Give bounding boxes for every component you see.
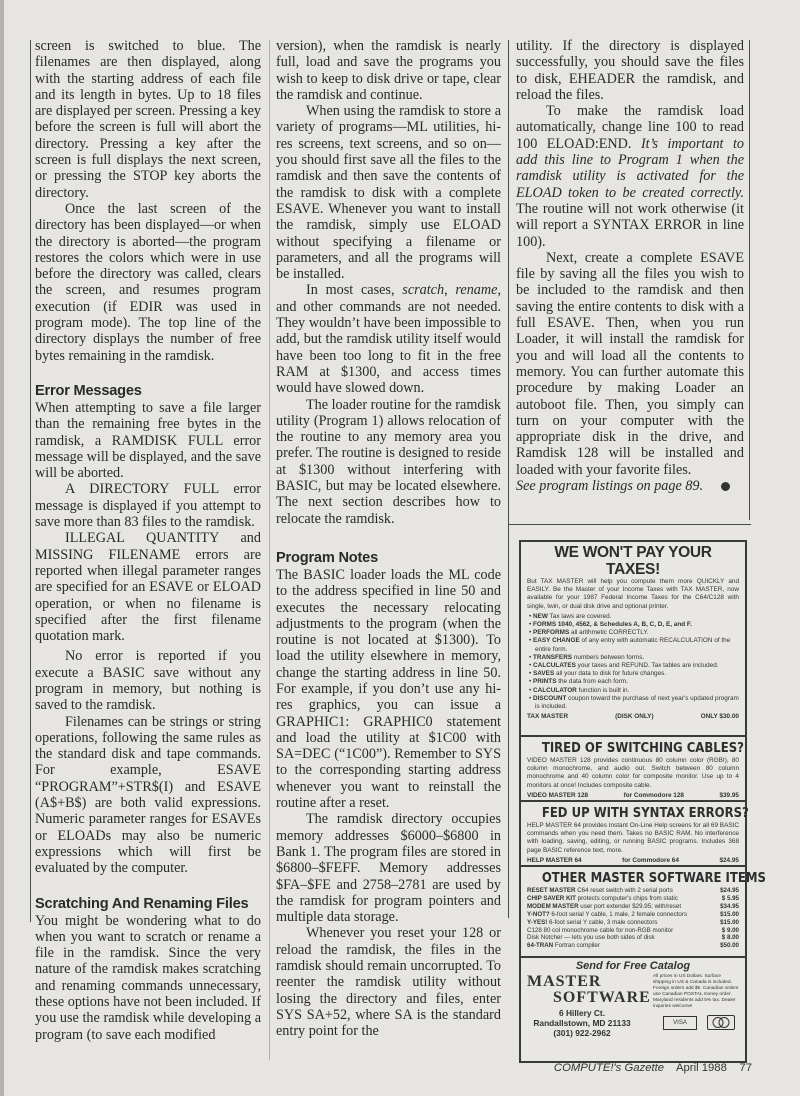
feature-text: the data from each form. [556, 678, 627, 685]
feature-bold: CALCULATES [533, 662, 576, 669]
ad-headline: OTHER MASTER SOFTWARE ITEMS [542, 869, 724, 887]
paragraph: In most cases, scratch, rename, and othe… [276, 282, 501, 396]
feature-item: CALCULATES your taxes and REFUND. Tax ta… [527, 662, 739, 670]
paragraph: When using the ramdisk to store a variet… [276, 103, 501, 282]
product-price: $39.95 [719, 792, 739, 799]
product-name: HELP MASTER 64 [527, 857, 582, 864]
item-row: RESET MASTER C64 reset switch with 2 ser… [527, 887, 739, 895]
item-name: RESET MASTER [527, 887, 575, 894]
feature-item: TRANSFERS numbers between forms. [527, 654, 739, 662]
item-desc: Disk Notcher — lets you use both sides o… [527, 934, 655, 941]
feature-bold: PRINTS [533, 678, 556, 685]
fine-print: All prices in US Dollars. Surface shippi… [653, 974, 739, 1010]
item-row: MODEM MASTER user port extender $29.95; … [527, 903, 739, 911]
item-price: $50.00 [720, 942, 739, 950]
ad-headline: TIRED OF SWITCHING CABLES? [542, 739, 724, 757]
program-listing-reference: See program listings on page 89. [516, 478, 744, 494]
feature-item: DISCOUNT coupon toward the purchase of n… [527, 695, 739, 711]
feature-bold: NEW [533, 613, 548, 620]
ad-section-video-master: TIRED OF SWITCHING CABLES? VIDEO MASTER … [521, 737, 745, 802]
ad-headline: WE WON'T PAY YOUR TAXES! [527, 544, 739, 578]
catalog-headline: Send for Free Catalog [527, 960, 739, 972]
item-row: 64-TRAN Fortran compiler$50.00 [527, 942, 739, 950]
ad-headline: FED UP WITH SYNTAX ERRORS? [542, 804, 724, 822]
feature-item: NEW Tax laws are covered. [527, 613, 739, 621]
feature-text: numbers between forms. [572, 654, 644, 661]
product-price: ONLY $30.00 [701, 713, 739, 720]
paragraph: Once the last screen of the directory ha… [35, 201, 261, 364]
master-software-logo: MASTER SOFTWARE [527, 974, 647, 1006]
text: In most cases, [306, 282, 402, 298]
column-rule-2-3 [508, 40, 509, 918]
feature-text: all arithmetic CORRECTLY. [569, 629, 648, 636]
column-rule-1-2 [269, 40, 270, 1060]
feature-item: EASY CHANGE of any entry with automatic … [527, 637, 739, 653]
feature-list: NEW Tax laws are covered. FORMS 1040, 45… [527, 613, 739, 711]
feature-bold: TRANSFERS [533, 654, 572, 661]
paragraph: You might be wondering what to do when y… [35, 913, 261, 1043]
feature-text: Tax laws are covered. [548, 613, 611, 620]
paragraph: The BASIC loader loads the ML code to th… [276, 567, 501, 811]
item-name: Y-NOT? [527, 911, 550, 918]
logo-line-1: MASTER [527, 974, 647, 990]
item-row: Y-YES! 6-foot serial Y cable, 3 male con… [527, 919, 739, 927]
item-row: Disk Notcher — lets you use both sides o… [527, 934, 739, 942]
feature-bold: SAVES [533, 670, 554, 677]
product-note: (DISK ONLY) [615, 713, 653, 720]
magazine-name: COMPUTE!'s Gazette [554, 1062, 664, 1074]
paragraph: version), when the ramdisk is nearly ful… [276, 38, 501, 103]
section-heading-program-notes: Program Notes [276, 549, 501, 567]
feature-item: SAVES all your data to disk for future c… [527, 670, 739, 678]
section-heading-error-messages: Error Messages [35, 382, 261, 400]
paragraph: utility. If the directory is displayed s… [516, 38, 744, 103]
page-spine-shadow [0, 0, 4, 1096]
italic-text: rename [455, 282, 497, 298]
ad-section-catalog: Send for Free Catalog MASTER SOFTWARE 6 … [521, 958, 745, 1045]
address-phone: (301) 922-2962 [521, 1028, 643, 1038]
item-price: $15.00 [720, 919, 739, 927]
feature-item: FORMS 1040, 4562, & Schedules A, B, C, D… [527, 621, 739, 629]
end-of-article-bullet-icon [721, 482, 730, 491]
item-desc: protects computer's chips from static [576, 895, 678, 902]
feature-text: your taxes and REFUND. Tax tables are in… [576, 662, 719, 669]
item-desc: 6-foot serial Y cable, 1 male, 2 female … [550, 911, 687, 918]
paragraph: A DIRECTORY FULL error message is displa… [35, 481, 261, 530]
price-line: HELP MASTER 64 for Commodore 64 $24.95 [527, 857, 739, 864]
item-price-list: RESET MASTER C64 reset switch with 2 ser… [527, 887, 739, 950]
feature-bold: FORMS 1040, 4562, & Schedules A, B, C, D… [533, 621, 692, 628]
company-address: 6 Hillery Ct. Randallstown, MD 21133 (30… [521, 1008, 643, 1038]
feature-item: PRINTS the data from each form. [527, 678, 739, 686]
item-price: $15.00 [720, 911, 739, 919]
product-name: TAX MASTER [527, 713, 568, 720]
item-price: $ 8.00 [722, 934, 739, 942]
address-city: Randallstown, MD 21133 [521, 1018, 643, 1028]
page-footer: COMPUTE!'s Gazette April 1988 77 [0, 1062, 752, 1074]
paragraph: To make the ramdisk load automatically, … [516, 103, 744, 250]
feature-text: function is built in. [577, 687, 630, 694]
item-name: CHIP SAVER KIT [527, 895, 576, 902]
spacer [35, 877, 261, 895]
paragraph: ILLEGAL QUANTITY and MISSING FILENAME er… [35, 530, 261, 644]
item-desc: C128 80 col monochrome cable for non-RGB… [527, 927, 673, 934]
text: , [444, 282, 455, 298]
text: , and other commands are not needed. The… [276, 282, 501, 396]
article-column-2: version), when the ramdisk is nearly ful… [276, 38, 501, 1040]
article-column-3: utility. If the directory is displayed s… [516, 38, 744, 494]
item-price: $ 9.00 [722, 927, 739, 935]
column-rule-left [30, 40, 31, 922]
item-price: $34.95 [720, 903, 739, 911]
paragraph: screen is switched to blue. The filename… [35, 38, 261, 201]
feature-text: all your data to disk for future changes… [554, 670, 666, 677]
item-desc: 6-foot serial Y cable, 3 male connectors [547, 919, 657, 926]
paragraph: Next, create a complete ESAVE file by sa… [516, 250, 744, 478]
visa-card-icon: VISA [663, 1016, 697, 1030]
ad-body-text: HELP MASTER 64 provides Instant On-Line … [527, 822, 739, 855]
issue-date: April 1988 [676, 1062, 727, 1074]
page-number: 77 [739, 1062, 752, 1074]
paragraph: The ramdisk directory occupies memory ad… [276, 811, 501, 925]
section-heading-scratching: Scratching And Renaming Files [35, 895, 261, 913]
item-row: CHIP SAVER KIT protects computer's chips… [527, 895, 739, 903]
item-row: C128 80 col monochrome cable for non-RGB… [527, 927, 739, 935]
spacer [276, 527, 501, 549]
product-name: VIDEO MASTER 128 [527, 792, 588, 799]
item-desc: C64 reset switch with 2 serial ports [575, 887, 672, 894]
address-street: 6 Hillery Ct. [521, 1008, 643, 1018]
column-rule-right [749, 40, 750, 520]
price-line: VIDEO MASTER 128 for Commodore 128 $39.9… [527, 792, 739, 799]
italic-text: scratch [402, 282, 444, 298]
item-price: $24.95 [720, 887, 739, 895]
feature-text: coupon toward the purchase of next year'… [535, 695, 739, 710]
item-name: 64-TRAN [527, 942, 553, 949]
text: See program listings on page 89. [516, 478, 703, 494]
ad-section-other-items: OTHER MASTER SOFTWARE ITEMS RESET MASTER… [521, 867, 745, 958]
item-price: $ 5.95 [722, 895, 739, 903]
price-line: TAX MASTER (DISK ONLY) ONLY $30.00 [527, 713, 739, 720]
magazine-page: screen is switched to blue. The filename… [0, 0, 800, 1096]
mastercard-circles-icon [708, 1016, 734, 1029]
paragraph: The loader routine for the ramdisk utili… [276, 397, 501, 527]
item-desc: user port extender $29.95; with/reset [579, 903, 682, 910]
paragraph: Whenever you reset your 128 or reload th… [276, 925, 501, 1039]
ad-section-help-master: FED UP WITH SYNTAX ERRORS? HELP MASTER 6… [521, 802, 745, 867]
paragraph: Filenames can be strings or string opera… [35, 714, 261, 877]
item-desc: Fortran compiler [553, 942, 600, 949]
article-column-1: screen is switched to blue. The filename… [35, 38, 261, 1038]
mastercard-icon [707, 1015, 735, 1030]
feature-item: CALCULATOR function is built in. [527, 687, 739, 695]
item-row: Y-NOT? 6-foot serial Y cable, 1 male, 2 … [527, 911, 739, 919]
feature-item: PERFORMS all arithmetic CORRECTLY. [527, 629, 739, 637]
paragraph: No error is reported if you execute a BA… [35, 648, 261, 713]
ad-body-text: But TAX MASTER will help you compute the… [527, 578, 739, 611]
feature-bold: EASY CHANGE [533, 637, 580, 644]
ad-body-text: VIDEO MASTER 128 provides continuous 80 … [527, 757, 739, 790]
text: The routine will not work otherwise (it … [516, 201, 744, 250]
product-note: for Commodore 64 [622, 857, 679, 864]
ad-separator-rule [508, 524, 751, 525]
feature-bold: CALCULATOR [533, 687, 577, 694]
item-name: MODEM MASTER [527, 903, 579, 910]
master-software-advertisement: WE WON'T PAY YOUR TAXES! But TAX MASTER … [519, 540, 747, 1063]
spacer [35, 364, 261, 382]
product-note: for Commodore 128 [624, 792, 684, 799]
item-name: Y-YES! [527, 919, 547, 926]
feature-bold: DISCOUNT [533, 695, 566, 702]
logo-line-2: SOFTWARE [527, 990, 647, 1006]
feature-bold: PERFORMS [533, 629, 569, 636]
ad-section-tax-master: WE WON'T PAY YOUR TAXES! But TAX MASTER … [521, 542, 745, 737]
paragraph: When attempting to save a file larger th… [35, 400, 261, 481]
product-price: $24.95 [719, 857, 739, 864]
